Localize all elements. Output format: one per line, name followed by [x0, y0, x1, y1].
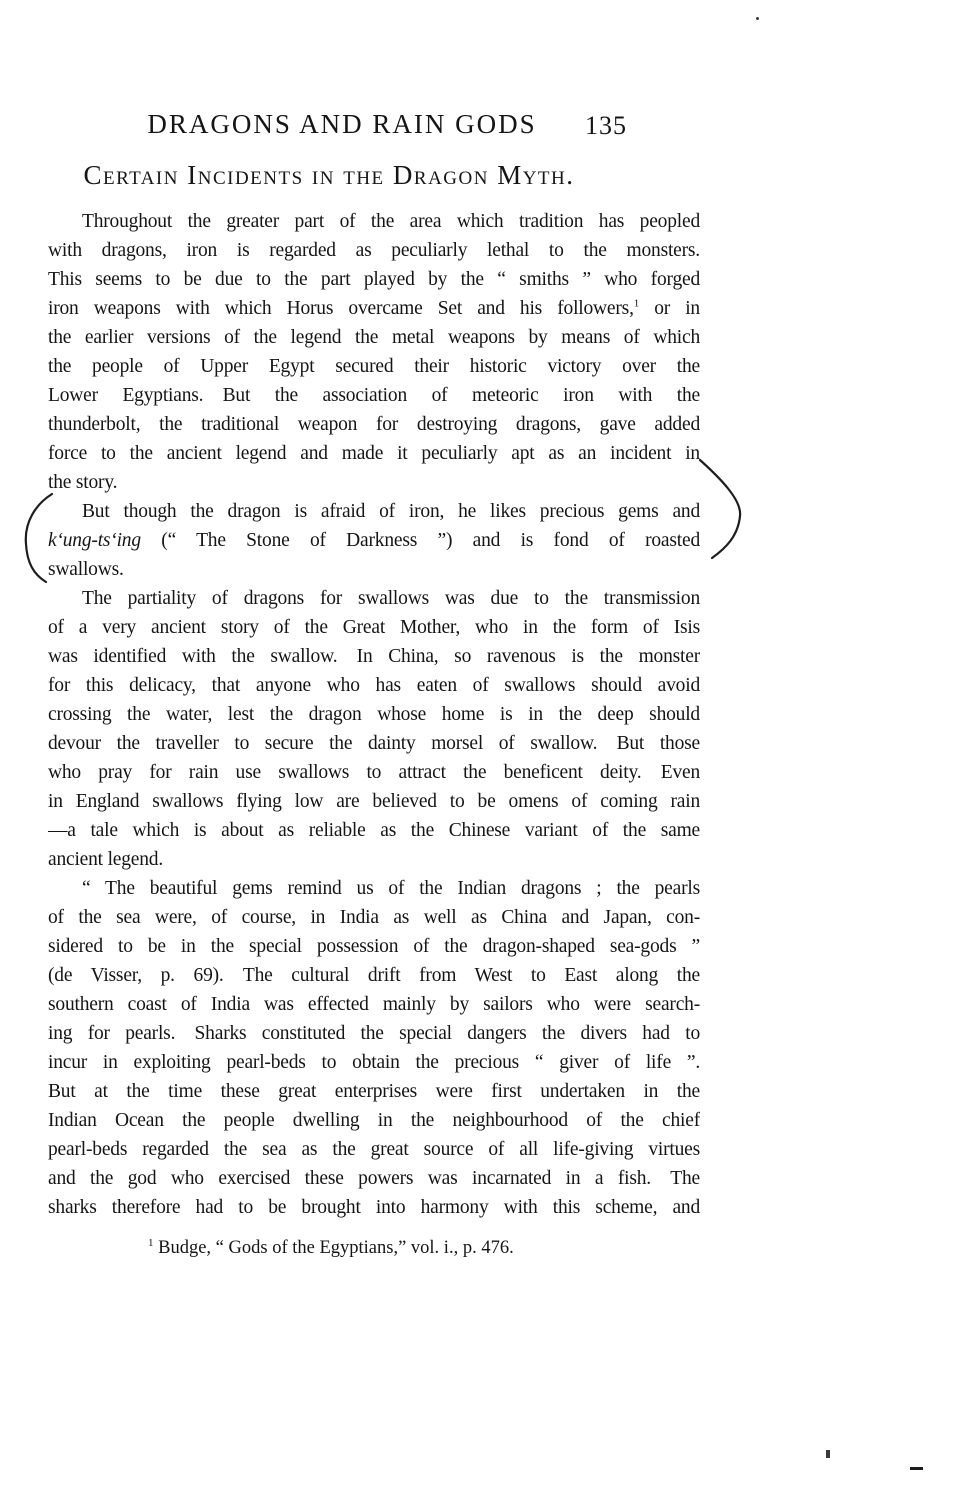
- text-line: of the sea were, of course, in India as …: [48, 903, 700, 932]
- footnote: 1 Budge, “ Gods of the Egyptians,” vol. …: [148, 1236, 708, 1260]
- text-line: (de Visser, p. 69). The cultural drift f…: [48, 961, 700, 990]
- text-line: sharks therefore had to be brought into …: [48, 1193, 700, 1222]
- text-line: The partiality of dragons for swallows w…: [48, 584, 700, 613]
- text-line: k‘ung-ts‘ing (“ The Stone of Darkness ”)…: [48, 526, 700, 555]
- pencil-opening-bracket-icon: [20, 490, 60, 586]
- text-line: with dragons, iron is regarded as peculi…: [48, 236, 700, 265]
- text-line: incur in exploiting pearl-beds to obtain…: [48, 1048, 700, 1077]
- text-line: for this delicacy, that anyone who has e…: [48, 671, 700, 700]
- text-line: force to the ancient legend and made it …: [48, 439, 700, 468]
- text-line: Lower Egyptians. But the association of …: [48, 381, 700, 410]
- text-line: iron weapons with which Horus overcame S…: [48, 294, 700, 323]
- text-line: and the god who exercised these powers w…: [48, 1164, 700, 1193]
- text-line: Throughout the greater part of the area …: [48, 207, 700, 236]
- text-line: This seems to be due to the part played …: [48, 265, 700, 294]
- text-line: southern coast of India was effected mai…: [48, 990, 700, 1019]
- text-line: ancient legend.: [48, 845, 700, 874]
- scan-dash-bottom: [910, 1467, 923, 1470]
- text-line: —a tale which is about as reliable as th…: [48, 816, 700, 845]
- text-line: the people of Upper Egypt secured their …: [48, 352, 700, 381]
- text-line: swallows.: [48, 555, 700, 584]
- text-line: the story.: [48, 468, 700, 497]
- text-line: who pray for rain use swallows to attrac…: [48, 758, 700, 787]
- body-text: Throughout the greater part of the area …: [48, 207, 700, 1222]
- text-line: in England swallows flying low are belie…: [48, 787, 700, 816]
- text-line: sidered to be in the special possession …: [48, 932, 700, 961]
- text-line: the earlier versions of the legend the m…: [48, 323, 700, 352]
- text-line: devour the traveller to secure the daint…: [48, 729, 700, 758]
- pencil-closing-bracket-icon: [692, 456, 748, 568]
- section-heading: Certain Incidents in the Dragon Myth.: [83, 160, 574, 191]
- text-line: But though the dragon is afraid of iron,…: [48, 497, 700, 526]
- text-line: But at the time these great enterprises …: [48, 1077, 700, 1106]
- book-page-scan: DRAGONS AND RAIN GODS 135 Certain Incide…: [0, 0, 966, 1500]
- scan-speck-top: [756, 17, 759, 20]
- page-number: 135: [585, 111, 627, 141]
- scan-speck-bottom: [826, 1450, 830, 1458]
- text-line: Indian Ocean the people dwelling in the …: [48, 1106, 700, 1135]
- text-line: of a very ancient story of the Great Mot…: [48, 613, 700, 642]
- text-line: was identified with the swallow. In Chin…: [48, 642, 700, 671]
- text-line: crossing the water, lest the dragon whos…: [48, 700, 700, 729]
- running-head-title: DRAGONS AND RAIN GODS: [147, 109, 536, 140]
- text-line: ing for pearls. Sharks constituted the s…: [48, 1019, 700, 1048]
- text-line: thunderbolt, the traditional weapon for …: [48, 410, 700, 439]
- text-line: pearl-beds regarded the sea as the great…: [48, 1135, 700, 1164]
- text-line: “ The beautiful gems remind us of the In…: [48, 874, 700, 903]
